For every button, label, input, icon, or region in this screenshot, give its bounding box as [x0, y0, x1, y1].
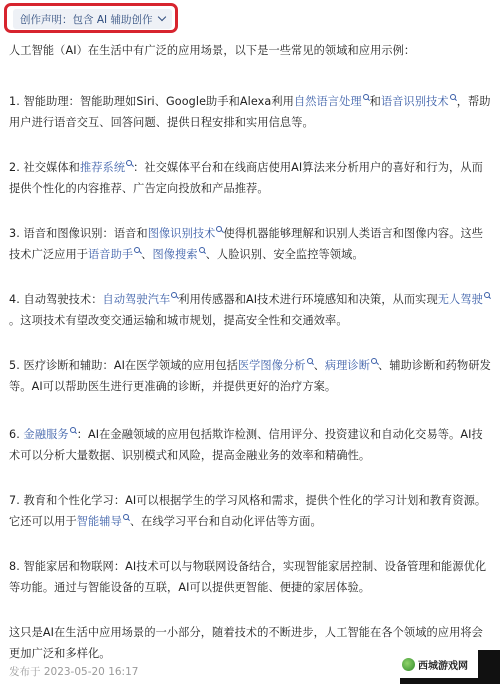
list-item: 8. 智能家居和物联网：AI技术可以与物联网设备结合，实现智能家居控制、设备管理…: [9, 556, 491, 598]
article-page: 创作声明：包含 AI 辅助创作 人工智能（AI）在生活中有广泛的应用场景，以下是…: [0, 0, 500, 684]
paragraph-text: 和: [370, 95, 381, 108]
list-item: 3. 语音和图像识别：语音和图像识别技术使得机器能够理解和识别人类语言和图像内容…: [9, 223, 491, 265]
paragraph-text: ：AI在金融领域的应用包括欺诈检测、信用评分、投资建议和自动化交易等。AI技术可…: [9, 428, 483, 462]
search-icon[interactable]: [123, 514, 129, 520]
paragraph-text: 。这项技术有望改变交通运输和城市规划，提高安全性和交通效率。: [9, 314, 348, 327]
search-icon[interactable]: [199, 247, 205, 253]
watermark: 西城游戏网: [400, 650, 500, 684]
paragraph-text: 2. 社交媒体和: [9, 161, 80, 174]
search-keyword-link[interactable]: 推荐系统: [80, 161, 125, 174]
creation-declaration-label: 创作声明：包含 AI 辅助创作: [20, 12, 152, 27]
search-icon[interactable]: [484, 292, 490, 298]
watermark-logo-icon: [402, 658, 415, 671]
search-keyword-link[interactable]: 无人驾驶: [438, 293, 483, 306]
search-keyword-link[interactable]: 图像搜索: [152, 248, 197, 261]
list-item: 2. 社交媒体和推荐系统：社交媒体平台和在线商店使用AI算法来分析用户的喜好和行…: [9, 157, 491, 199]
search-icon[interactable]: [307, 358, 313, 364]
search-keyword-link[interactable]: 智能辅导: [77, 515, 122, 528]
search-keyword-link[interactable]: 语音识别技术: [381, 95, 449, 108]
search-icon[interactable]: [450, 94, 456, 100]
paragraph-text: 、在线学习平台和自动化评估等方面。: [130, 515, 322, 528]
search-keyword-link[interactable]: 图像识别技术: [148, 227, 216, 240]
search-icon[interactable]: [134, 247, 140, 253]
paragraph-text: 1. 智能助理：智能助理如Siri、Google助手和Alexa利用: [9, 95, 294, 108]
search-keyword-link[interactable]: 病理诊断: [325, 359, 370, 372]
creation-declaration-dropdown[interactable]: 创作声明：包含 AI 辅助创作: [13, 9, 172, 29]
search-keyword-link[interactable]: 医学图像分析: [238, 359, 306, 372]
paragraph-text: 8. 智能家居和物联网：AI技术可以与物联网设备结合，实现智能家居控制、设备管理…: [9, 560, 486, 594]
paragraph-text: 、人脸识别、安全监控等领域。: [206, 248, 364, 261]
watermark-text: 西城游戏网: [418, 657, 468, 672]
paragraph-text: 利用传感器和AI技术进行环境感知和决策，从而实现: [178, 293, 437, 306]
paragraph-text: 3. 语音和图像识别：语音和: [9, 227, 148, 240]
watermark-badge: 西城游戏网: [400, 650, 478, 678]
publish-timestamp: 发布于 2023-05-20 16:17: [9, 664, 138, 679]
list-item: 1. 智能助理：智能助理如Siri、Google助手和Alexa利用自然语言处理…: [9, 91, 491, 133]
paragraph-text: 5. 医疗诊断和辅助：AI在医学领域的应用包括: [9, 359, 238, 372]
list-item: 7. 教育和个性化学习：AI可以根据学生的学习风格和需求，提供个性化的学习计划和…: [9, 490, 491, 532]
paragraph-text: 、: [314, 359, 325, 372]
search-icon[interactable]: [371, 358, 377, 364]
search-icon[interactable]: [70, 427, 76, 433]
paragraph-text: 4. 自动驾驶技术：: [9, 293, 103, 306]
list-item: 6. 金融服务：AI在金融领域的应用包括欺诈检测、信用评分、投资建议和自动化交易…: [9, 424, 491, 466]
intro-paragraph: 人工智能（AI）在生活中有广泛的应用场景，以下是一些常见的领域和应用示例：: [9, 40, 491, 61]
search-keyword-link[interactable]: 金融服务: [24, 428, 69, 441]
paragraph-text: 、: [141, 248, 152, 261]
search-icon[interactable]: [171, 292, 177, 298]
paragraph-text: 6.: [9, 428, 24, 441]
search-keyword-link[interactable]: 自动驾驶汽车: [103, 293, 171, 306]
search-icon[interactable]: [363, 94, 369, 100]
search-keyword-link[interactable]: 语音助手: [88, 248, 133, 261]
list-item: 5. 医疗诊断和辅助：AI在医学领域的应用包括医学图像分析、病理诊断、辅助诊断和…: [9, 355, 491, 397]
search-icon[interactable]: [216, 226, 222, 232]
chevron-down-icon: [158, 13, 166, 21]
search-keyword-link[interactable]: 自然语言处理: [294, 95, 362, 108]
search-icon[interactable]: [126, 160, 132, 166]
list-item: 4. 自动驾驶技术：自动驾驶汽车利用传感器和AI技术进行环境感知和决策，从而实现…: [9, 289, 491, 331]
